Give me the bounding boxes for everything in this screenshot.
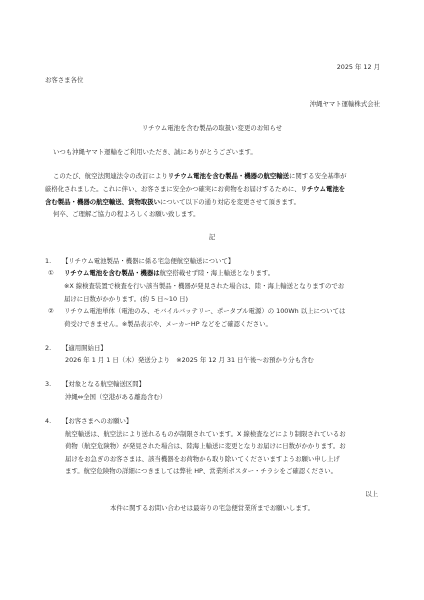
intro-request: 何卒、ご理解ご協力の程よろしくお願い致します。	[53, 211, 199, 217]
section-heading: 【対象となる航空輸送区間】	[62, 381, 145, 387]
section-number: 3.	[45, 381, 51, 387]
contact-note: 本件に関するお問い合わせは最寄りの宅急便営業所までお願いします。	[0, 505, 424, 511]
section-body-line: 航空輸送は、航空法により送れるものが制限されています。X 線検査などにより制限さ…	[65, 431, 346, 437]
page-title: リチウム電池を含む製品の取扱い変更のお知らせ	[0, 125, 424, 131]
intro-emphasis: リチウム電池を	[301, 185, 346, 193]
greeting: いつも沖縄ヤマト運輸をご利用いただき、誠にありがとうございます。	[53, 149, 257, 155]
section-number: 1.	[45, 258, 51, 264]
item-text: リチウム電池単体（電池のみ、モバイルバッテリー、ポータブル電源）の 100Wh …	[64, 308, 345, 314]
intro-emphasis: 含む製品・機器の航空輸送、貨物取扱い	[45, 198, 160, 206]
item-note: 届けに日数がかかります。(約 5 日~10 日)	[64, 296, 188, 302]
section-body: 沖縄⇔全国（空港がある離島含む）	[65, 394, 166, 400]
item-body: 航空搭載せず陸・海上輸送となります。	[160, 269, 275, 277]
section-heading: 【リチウム電池製品・機器に係る宅急便航空輸送について】	[62, 258, 234, 264]
item-note: ※X 線検査装置で検査を行い該当製品・機器が発見された場合は、陸・海上輸送となり…	[64, 283, 344, 289]
item-emphasis: リチウム電池を含む製品・機器は	[64, 269, 160, 277]
closing: 以上	[365, 491, 378, 497]
intro-text: に関する安全基準が	[289, 172, 347, 180]
section-body-line: 荷物（航空危険物）が発見された場合は、陸海上輸送に変更となりお届けに日数がかかり…	[65, 443, 346, 449]
ki-heading: 記	[0, 234, 424, 240]
item-text: 荷受けできません。※製品表示や、メーカーHP などをご確認ください。	[64, 321, 272, 327]
section-body-line: ます。航空危険物の詳細につきましては弊社 HP、営業所ポスター・チラシをご確認く…	[65, 468, 337, 474]
intro-text: このたび、航空法関連法令の改訂により	[53, 172, 168, 180]
item-text: リチウム電池を含む製品・機器は航空搭載せず陸・海上輸送となります。	[64, 270, 274, 276]
intro-text: 厳格化されました。これに伴い、お客さまに安全かつ確実にお荷物をお届けするために、	[45, 185, 301, 193]
date: 2025 年 12 月	[337, 64, 380, 70]
section-heading: 【お客さまへのお願い】	[62, 418, 132, 424]
section-number: 4.	[45, 418, 51, 424]
recipient: お客さま各位	[45, 77, 83, 83]
intro-emphasis: リチウム電池を含む製品・機器の航空輸送	[168, 172, 289, 180]
intro-text: について以下の通り対応を変更させて頂きます。	[160, 198, 300, 206]
sender: 沖縄ヤマト運輸株式会社	[310, 101, 380, 107]
section-number: 2.	[45, 345, 51, 351]
item-marker: ①	[48, 270, 54, 276]
section-body-line: 届けをお急ぎのお客さまは、該当機器をお荷物から取り除いてくださいますようお願い申…	[65, 456, 340, 462]
section-heading: 【適用開始日】	[62, 345, 107, 351]
item-marker: ②	[48, 308, 54, 314]
section-body: 2026 年 1 月 1 日（木）発送分より ※2025 年 12 月 31 日…	[65, 357, 314, 363]
